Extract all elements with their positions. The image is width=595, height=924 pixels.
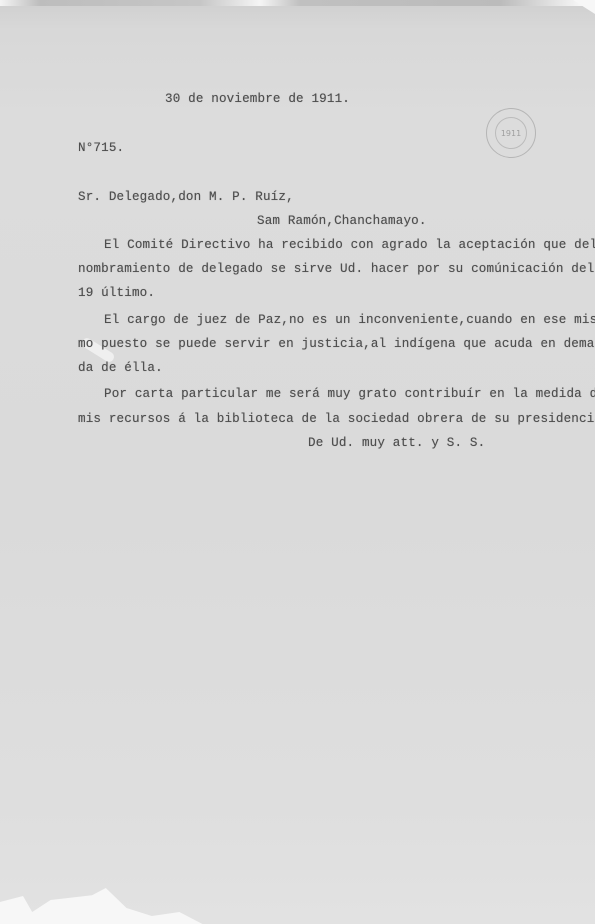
paragraph-3-line-1: Por carta particular me será muy grato c…: [104, 387, 595, 401]
stamp-text: 1911: [495, 117, 527, 149]
paragraph-1-line-1: El Comité Directivo ha recibido con agra…: [104, 238, 595, 252]
letter-number: N°715.: [78, 141, 124, 155]
letter-closing: De Ud. muy att. y S. S.: [308, 436, 485, 450]
addressee-name: Sr. Delegado,don M. P. Ruíz,: [78, 190, 294, 204]
torn-corner: [573, 0, 595, 14]
paragraph-2-line-3: da de élla.: [78, 361, 163, 375]
paragraph-3-line-2: mis recursos á la biblioteca de la socie…: [78, 412, 595, 426]
paragraph-1-line-3: 19 último.: [78, 286, 155, 300]
paragraph-2-line-2: mo puesto se puede servir en justicia,al…: [78, 337, 595, 351]
archive-stamp-icon: 1911: [486, 108, 536, 158]
paragraph-2-line-1: El cargo de juez de Paz,no es un inconve…: [104, 313, 595, 327]
paragraph-1-line-2: nombramiento de delegado se sirve Ud. ha…: [78, 262, 594, 276]
addressee-location: Sam Ramón,Chanchamayo.: [257, 214, 427, 228]
letter-date: 30 de noviembre de 1911.: [165, 92, 350, 106]
paper-top-edge: [0, 0, 595, 6]
